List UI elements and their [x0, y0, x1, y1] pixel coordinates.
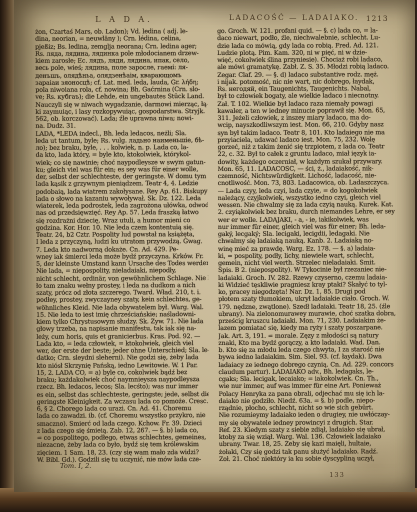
text-line: ale mówi gramatykę. Zabł. Z. S. 35. Młod… — [217, 63, 394, 71]
text-line: весь pole, wieś; лядина, поле заросле, г… — [35, 64, 207, 72]
text-column-right: go. Groch. W. 121. profani quid. — §. c)… — [217, 27, 396, 463]
text-line: niezacne, żeby lada co było, bydź się te… — [37, 441, 209, 449]
text-line: Spis. B 2. (niepospolity). W Tykocinie b… — [218, 266, 395, 274]
text-line: Zoł. 21. Choć niektóry ia ku sobie dyscy… — [219, 455, 396, 463]
sheet-number: 133 — [312, 471, 362, 479]
volume-signature: Tom. I, 2. — [60, 462, 91, 470]
running-title-left: L A D A. — [34, 15, 214, 24]
text-line: bywa iedno ladaiakim. Sim. Siel. 93. (cf… — [218, 353, 395, 361]
text-line: wie nur immer, auf was immer für eine Ar… — [219, 382, 396, 390]
text-columns: żon, Czartaś Mars, ob. Ladon); Vd. ledin… — [35, 27, 396, 464]
text-line: lada kąsik z grzywnym pieniądzem. Teatr … — [36, 180, 208, 188]
text-line: nas od przedsięwzięć. Rey Ap. 57. Leda f… — [36, 209, 208, 217]
text-line: daco niewart, podło, źle, niechwalebnie,… — [217, 34, 394, 42]
text-line: 2. czyiąkolwiek bez braku, durch niemand… — [218, 208, 395, 216]
book-page: L A D A. LADACOŚĆ — LADAIAKO. 1213 żon, … — [14, 0, 415, 492]
text-line: podłey, prostey, zwyczayney szaty, kein … — [36, 296, 208, 304]
text-line: datko; Crn. sleydni sleherni). Nie godzi… — [36, 354, 208, 362]
text-line: Nie rozumieymy ladaiako ieden o drugiey,… — [219, 411, 396, 419]
text-line: da kto, lada który, = byle kto, ktokolwi… — [36, 151, 208, 159]
text-line: był to człowiek bogaty, ale wielkie lada… — [217, 92, 394, 100]
text-line: lazem pomiatać się, kiedy ma ryży i szat… — [218, 324, 395, 332]
scanned-book-photo: L A D A. LADACOŚĆ — LADAIAKO. 1213 żon, … — [0, 0, 417, 512]
text-line: rzecz. Bh. ledacos, lecos; Sla. lecśto);… — [37, 383, 209, 391]
text-line: głowy trzeba, na napisanie manifestu, ta… — [36, 325, 208, 333]
page-number: 1213 — [366, 14, 389, 23]
text-line: ubrany. Twar. 18, 25. Żeby się kazi maię… — [219, 440, 396, 448]
text-line: I leda z przyczyną, ludzi ku utratom prz… — [36, 238, 208, 246]
text-line: 22, c. 32. Był to całek z gruntu ladaco,… — [218, 150, 395, 158]
text-line: wcip, nayszkodliwszym iest. Mon. 66, 210… — [217, 121, 394, 129]
text-line: chwalmy się ladaiaką nauką. Kanb. 2. Lad… — [218, 237, 395, 245]
running-title-right: LADACOŚĆ — LADAIAKO. — [210, 13, 378, 22]
text-line: lada co zawadzi. ib. (cf. Choremu wszyst… — [37, 412, 209, 420]
text-line: ve; Rs. кубгаъ); die Lehde, ein ungebaut… — [35, 93, 207, 101]
text-line: 562, ob. korczować). Lada; źle uprawna n… — [35, 115, 207, 123]
text-line: dzie lada co mówią, gdy lada co robią. F… — [217, 42, 394, 50]
text-line: płotem szaty tłumokiem, ukrył ladaiakie … — [218, 295, 395, 303]
text-column-left: żon, Czartaś Mars, ob. Ladon); Vd. ledin… — [35, 28, 209, 464]
text-line: cnotliwość. Mon. 73, 803. Ladacowica, ob… — [218, 179, 395, 187]
